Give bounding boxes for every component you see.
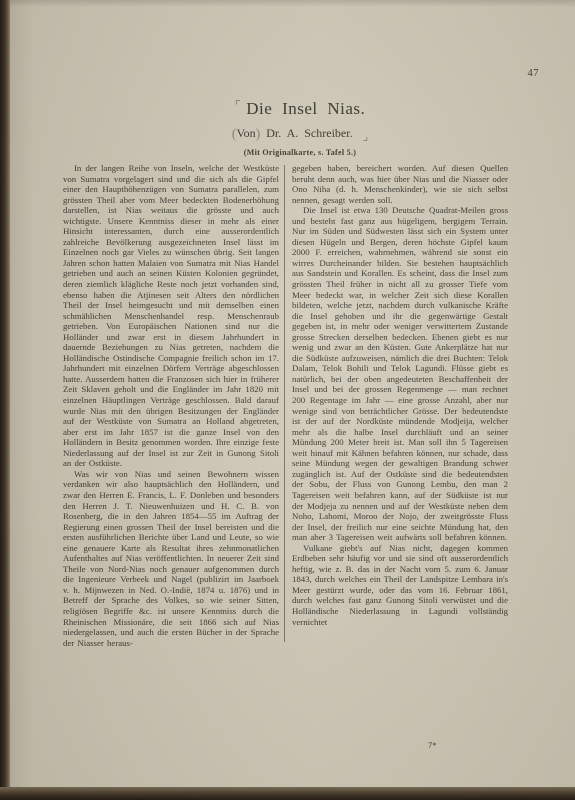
article-subtitle: (Mit Originalkarte, s. Tafel 5.): [77, 148, 523, 157]
byline-von: Von: [236, 126, 255, 140]
scanned-book-page: 47 ⌜Die Insel Nias. (Von) Dr. A. Schreib…: [0, 0, 575, 800]
page-bottom-edge: [0, 787, 575, 800]
pencil-end-mark: ⌟: [363, 129, 369, 143]
page-number: 47: [528, 68, 540, 79]
right-column: gegeben haben, bereichert worden. Auf di…: [292, 163, 508, 648]
article-title-line: ⌜Die Insel Nias.: [77, 99, 523, 119]
book-gutter-edge: [0, 0, 10, 800]
paragraph: Vulkane giebt's auf Nias nicht, dagegen …: [292, 543, 508, 627]
article-byline: (Von) Dr. A. Schreiber.⌟: [77, 126, 523, 142]
paragraph: Was wir von Nias und seinen Bewohnern wi…: [63, 469, 279, 648]
column-divider-rule: [284, 165, 285, 642]
text-columns: In der langen Reihe von Inseln, welche d…: [63, 163, 509, 648]
byline-author: Dr. A. Schreiber.: [266, 126, 352, 140]
paragraph: In der langen Reihe von Inseln, welche d…: [63, 163, 279, 469]
paragraph: Die Insel ist etwa 130 Deutsche Quadrat-…: [292, 205, 508, 543]
left-column: In der langen Reihe von Inseln, welche d…: [63, 163, 279, 648]
article-header: ⌜Die Insel Nias. (Von) Dr. A. Schreiber.…: [77, 99, 523, 157]
signature-mark: 7*: [428, 740, 437, 750]
paragraph: gegeben haben, bereichert worden. Auf di…: [292, 163, 508, 205]
pencil-paren-close: ): [256, 127, 261, 142]
pencil-corner-mark: ⌜: [235, 98, 242, 113]
pencil-paren-open: (: [232, 127, 237, 142]
article-title: Die Insel Nias.: [246, 99, 365, 118]
